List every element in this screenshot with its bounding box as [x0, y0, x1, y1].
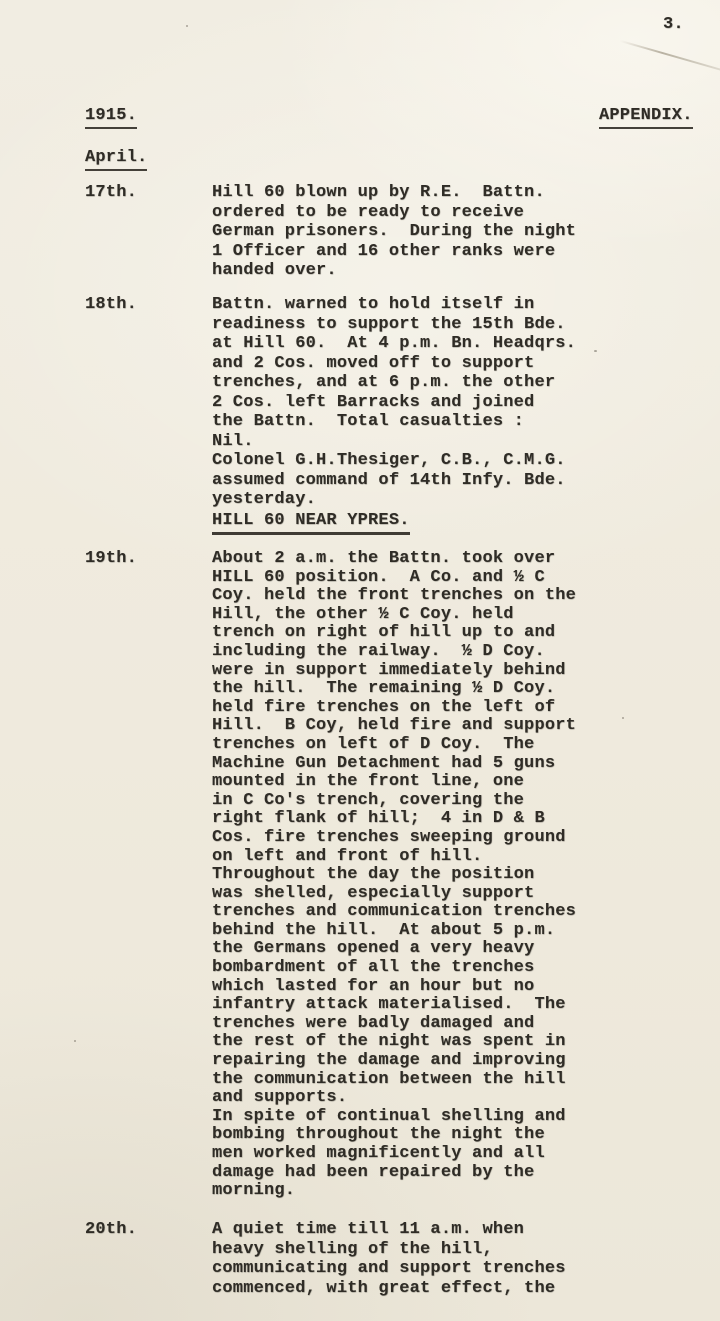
- text-line: and 2 Cos. moved off to support: [212, 354, 576, 374]
- text-line: commenced, with great effect, the: [212, 1279, 566, 1299]
- text-line: ordered to be ready to receive: [212, 203, 576, 223]
- month-heading-wrap: April.: [85, 148, 147, 171]
- page-number: 3.: [663, 15, 684, 35]
- appendix-heading: APPENDIX.: [599, 106, 693, 129]
- text-line: yesterday.: [212, 490, 576, 510]
- text-line: In spite of continual shelling and: [212, 1108, 576, 1127]
- text-line: HILL 60 position. A Co. and ½ C: [212, 569, 576, 588]
- entry-text: About 2 a.m. the Battn. took overHILL 60…: [212, 550, 576, 1201]
- entry-date: 20th.: [85, 1220, 212, 1240]
- text-line: communicating and support trenches: [212, 1259, 566, 1279]
- text-line: the hill. The remaining ½ D Coy.: [212, 680, 576, 699]
- text-line: Coy. held the front trenches on the: [212, 587, 576, 606]
- text-line: the Germans opened a very heavy: [212, 940, 576, 959]
- entry-date: 19th.: [85, 550, 212, 569]
- ink-speck: [186, 25, 188, 27]
- text-line: right flank of hill; 4 in D & B: [212, 810, 576, 829]
- section-heading: HILL 60 NEAR YPRES.: [212, 511, 410, 535]
- text-line: readiness to support the 15th Bde.: [212, 315, 576, 335]
- text-line: mounted in the front line, one: [212, 773, 576, 792]
- text-line: Nil.: [212, 432, 576, 452]
- text-line: infantry attack materialised. The: [212, 996, 576, 1015]
- text-line: in C Co's trench, covering the: [212, 792, 576, 811]
- text-line: behind the hill. At about 5 p.m.: [212, 922, 576, 941]
- text-line: and supports.: [212, 1089, 576, 1108]
- text-line: A quiet time till 11 a.m. when: [212, 1220, 566, 1240]
- text-line: bombing throughout the night the: [212, 1126, 576, 1145]
- ink-speck: [594, 350, 597, 352]
- text-line: Hill. B Coy, held fire and support: [212, 717, 576, 736]
- war-diary-page: 3. 1915. APPENDIX. April. 17th. Hill 60 …: [0, 0, 720, 1321]
- diary-entry-18th: 18th. Battn. warned to hold itself inrea…: [85, 295, 576, 510]
- year-heading: 1915.: [85, 106, 137, 129]
- text-line: Colonel G.H.Thesiger, C.B., C.M.G.: [212, 451, 576, 471]
- text-line: the rest of the night was spent in: [212, 1033, 576, 1052]
- entry-date: 18th.: [85, 295, 212, 315]
- text-line: including the railway. ½ D Coy.: [212, 643, 576, 662]
- diary-entry-17th: 17th. Hill 60 blown up by R.E. Battn.ord…: [85, 183, 576, 281]
- year-heading-wrap: 1915.: [85, 106, 137, 129]
- ink-speck: [74, 1040, 76, 1042]
- entry-text: Battn. warned to hold itself inreadiness…: [212, 295, 576, 510]
- paper-crease: [620, 40, 720, 72]
- text-line: Machine Gun Detachment had 5 guns: [212, 755, 576, 774]
- text-line: held fire trenches on the left of: [212, 699, 576, 718]
- text-line: heavy shelling of the hill,: [212, 1240, 566, 1260]
- diary-entry-20th: 20th. A quiet time till 11 a.m. whenheav…: [85, 1220, 566, 1298]
- text-line: handed over.: [212, 261, 576, 281]
- text-line: trenches were badly damaged and: [212, 1015, 576, 1034]
- text-line: trenches on left of D Coy. The: [212, 736, 576, 755]
- entry-date: 17th.: [85, 183, 212, 203]
- text-line: on left and front of hill.: [212, 848, 576, 867]
- text-line: bombardment of all the trenches: [212, 959, 576, 978]
- text-line: at Hill 60. At 4 p.m. Bn. Headqrs.: [212, 334, 576, 354]
- text-line: About 2 a.m. the Battn. took over: [212, 550, 576, 569]
- text-line: the communication between the hill: [212, 1071, 576, 1090]
- text-line: which lasted for an hour but no: [212, 978, 576, 997]
- entry-text: A quiet time till 11 a.m. whenheavy shel…: [212, 1220, 566, 1298]
- text-line: assumed command of 14th Infy. Bde.: [212, 471, 576, 491]
- text-line: Cos. fire trenches sweeping ground: [212, 829, 576, 848]
- text-line: 2 Cos. left Barracks and joined: [212, 393, 576, 413]
- appendix-heading-wrap: APPENDIX.: [599, 106, 693, 129]
- month-heading: April.: [85, 148, 147, 171]
- text-line: 1 Officer and 16 other ranks were: [212, 242, 576, 262]
- text-line: damage had been repaired by the: [212, 1164, 576, 1183]
- text-line: the Battn. Total casualties :: [212, 412, 576, 432]
- text-line: Hill 60 blown up by R.E. Battn.: [212, 183, 576, 203]
- section-heading-wrap: HILL 60 NEAR YPRES.: [212, 511, 410, 535]
- text-line: Hill, the other ½ C Coy. held: [212, 606, 576, 625]
- text-line: German prisoners. During the night: [212, 222, 576, 242]
- text-line: were in support immediately behind: [212, 662, 576, 681]
- ink-speck: [622, 717, 624, 719]
- text-line: trenches, and at 6 p.m. the other: [212, 373, 576, 393]
- text-line: trenches and communication trenches: [212, 903, 576, 922]
- text-line: Battn. warned to hold itself in: [212, 295, 576, 315]
- diary-entry-19th: 19th. About 2 a.m. the Battn. took overH…: [85, 550, 576, 1201]
- text-line: was shelled, especially support: [212, 885, 576, 904]
- text-line: trench on right of hill up to and: [212, 624, 576, 643]
- text-line: repairing the damage and improving: [212, 1052, 576, 1071]
- text-line: Throughout the day the position: [212, 866, 576, 885]
- entry-text: Hill 60 blown up by R.E. Battn.ordered t…: [212, 183, 576, 281]
- text-line: morning.: [212, 1182, 576, 1201]
- text-line: men worked magnificently and all: [212, 1145, 576, 1164]
